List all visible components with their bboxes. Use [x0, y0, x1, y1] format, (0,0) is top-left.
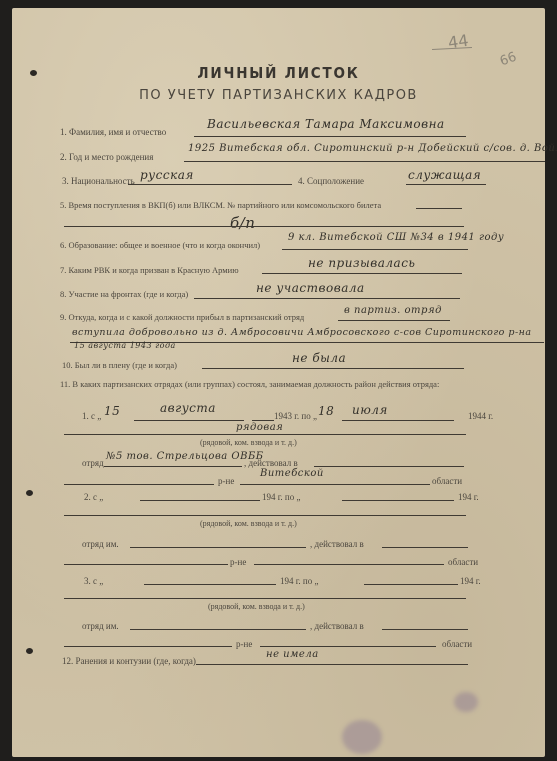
document-subtitle: ПО УЧЕТУ ПАРТИЗАНСКИХ КАДРОВ — [12, 88, 545, 103]
entry-3-to-line — [364, 584, 458, 585]
entry-2-from-line — [140, 500, 260, 501]
entry-3-oblast-label: области — [442, 639, 472, 649]
document-sheet: 44 66 ЛИЧНЫЙ ЛИСТОК ПО УЧЕТУ ПАРТИЗАНСКИ… — [12, 8, 545, 757]
entry-2-district-label: р-не — [230, 557, 246, 567]
entry-1-from-day: 15 — [104, 404, 120, 418]
entry-3-num: 3. с „ — [84, 576, 103, 586]
field-5-value: б/п — [230, 214, 255, 232]
entry-1-position-line — [64, 434, 466, 435]
field-1-underline — [194, 136, 466, 137]
field-7-value: не призывалась — [308, 256, 415, 270]
field-9-underline-a — [338, 320, 450, 321]
entry-1-position: рядовая — [236, 422, 283, 433]
entry-1-from-month-line — [134, 420, 244, 421]
entry-1-district-line — [64, 484, 214, 485]
entry-2-from-year: 194 г. по „ — [262, 492, 301, 502]
entry-1-region: Витебской — [260, 468, 324, 479]
field-7-underline — [262, 273, 462, 274]
field-10-value: не была — [292, 351, 346, 365]
entry-1-to-month: июля — [352, 403, 388, 417]
field-8-value: не участвовала — [256, 281, 365, 295]
field-3-underline — [128, 184, 292, 185]
entry-1-from-month: августа — [160, 401, 216, 415]
entry-3-region-line — [260, 646, 436, 647]
field-4-value: служащая — [408, 168, 481, 182]
entry-1-detachment-line — [104, 466, 242, 467]
field-2-label: 2. Год и место рождения — [60, 152, 153, 162]
entry-2-position-hint: (рядовой, ком. взвода и т. д.) — [200, 519, 297, 528]
entry-1-num: 1. с „ — [82, 411, 101, 421]
field-8-underline — [194, 298, 460, 299]
entry-2-region-line — [254, 564, 444, 565]
entry-3-position-line — [64, 598, 466, 599]
field-2-underline — [184, 161, 545, 162]
entry-2-to-year: 194 г. — [458, 492, 479, 502]
entry-3-district-line — [64, 646, 232, 647]
document-title: ЛИЧНЫЙ ЛИСТОК — [39, 64, 519, 82]
field-4-underline — [406, 184, 486, 185]
entry-1-to-day: 18 — [318, 404, 334, 418]
field-10-underline — [202, 368, 464, 369]
entry-2-oblast-label: области — [448, 557, 478, 567]
field-6-value: 9 кл. Витебской СШ №34 в 1941 году — [288, 232, 504, 243]
field-5-label: 5. Время поступления в ВКП(б) или ВЛКСМ.… — [60, 200, 381, 210]
punch-hole — [26, 490, 33, 496]
entry-3-detachment-label: отряд им. — [82, 621, 119, 631]
field-7-label: 7. Каким РВК и когда призван в Красную А… — [60, 265, 239, 275]
entry-2-num: 2. с „ — [84, 492, 103, 502]
entry-1-region-line — [240, 484, 430, 485]
entry-2-district-line — [64, 564, 228, 565]
field-6-underline — [282, 249, 468, 250]
entry-2-detachment-line — [130, 547, 306, 548]
field-1-label: 1. Фамилия, имя и отчество — [60, 127, 166, 137]
field-1-value: Васильевская Тамара Максимовна — [207, 117, 445, 131]
entry-2-to-line — [342, 500, 454, 501]
entry-1-detachment: №5 тов. Стрельцова ОВББ — [106, 451, 264, 462]
field-12-value: не имела — [266, 649, 319, 660]
entry-2-acting-label: , действовал в — [310, 539, 364, 549]
field-12-label: 12. Ранения и контузии (где, когда) — [62, 656, 196, 666]
entry-1-from-year: 1943 г. по „ — [274, 411, 317, 421]
field-3-label: 3. Национальность — [62, 176, 135, 186]
field-3-value: русская — [140, 168, 194, 182]
entry-2-position-line — [64, 515, 466, 516]
entry-3-acting-line — [382, 629, 468, 630]
field-2-value: 1925 Витебская обл. Сиротинский р-н Добе… — [188, 143, 557, 154]
field-6-label: 6. Образование: общее и военное (что и к… — [60, 240, 260, 250]
entry-1-district-label: р-не — [218, 476, 234, 486]
entry-1-detachment-label: отряд — [82, 458, 104, 468]
entry-3-acting-label: , действовал в — [310, 621, 364, 631]
entry-2-acting-line — [382, 547, 468, 548]
entry-1-acting-line — [314, 466, 464, 467]
entry-1-from-year-line — [252, 420, 274, 421]
field-4-label: 4. Соцположение — [298, 176, 364, 186]
punch-hole — [30, 70, 37, 76]
ink-stain — [454, 692, 478, 712]
entry-3-detachment-line — [130, 629, 306, 630]
field-5-underline-b — [64, 226, 464, 227]
entry-3-district-label: р-не — [236, 639, 252, 649]
field-8-label: 8. Участие на фронтах (где и когда) — [60, 289, 188, 299]
field-11-label-line1: 11. В каких партизанских отрядах (или гр… — [60, 379, 439, 389]
field-12-underline — [196, 664, 468, 665]
field-5-underline-a — [416, 208, 462, 209]
entry-3-from-year: 194 г. по „ — [280, 576, 319, 586]
field-10-label: 10. Был ли в плену (где и когда) — [62, 360, 177, 370]
entry-1-to-month-line — [342, 420, 454, 421]
ink-stain — [342, 720, 382, 754]
punch-hole — [26, 648, 33, 654]
field-9-value-line1: в партиз. отряд — [344, 305, 442, 316]
entry-3-position-hint: (рядовой, ком. взвода и т. д.) — [208, 602, 305, 611]
field-9-value-line3: 15 августа 1943 года — [74, 341, 176, 350]
entry-1-to-year: 1944 г. — [468, 411, 493, 421]
entry-1-oblast-label: области — [432, 476, 462, 486]
entry-3-from-line — [144, 584, 276, 585]
entry-3-to-year: 194 г. — [460, 576, 481, 586]
entry-1-acting-label: , действовал в — [244, 458, 298, 468]
field-9-value-line2: вступила добровольно из д. Амбросовичи А… — [72, 327, 532, 338]
field-9-label: 9. Откуда, когда и с какой должности при… — [60, 312, 304, 322]
entry-2-detachment-label: отряд им. — [82, 539, 119, 549]
entry-1-position-hint: (рядовой, ком. взвода и т. д.) — [200, 438, 297, 447]
